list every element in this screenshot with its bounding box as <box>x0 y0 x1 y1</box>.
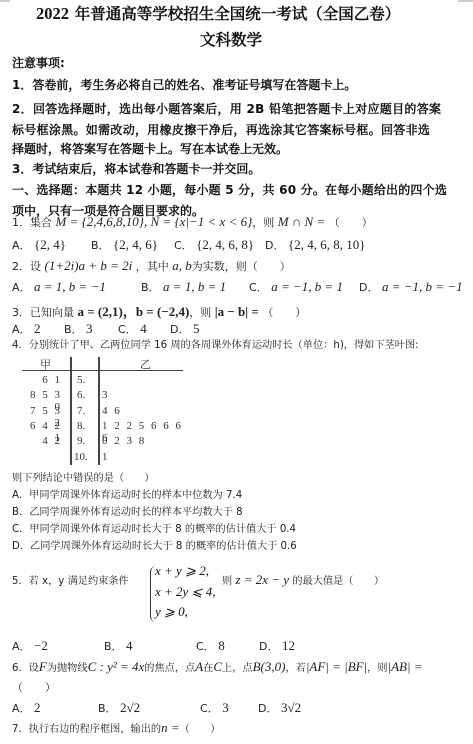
q3-prefix: 3．已知向量 <box>12 306 74 319</box>
q2-prefix: 2．设 <box>12 260 41 273</box>
q6-option-d[interactable]: D． 3√2 <box>258 700 301 716</box>
constraint-1: x + y ⩾ 2, <box>155 563 209 579</box>
question-6: 6．设F为抛物线C : y² = 4x的焦点，点A在C上，点B(3,0)，若|A… <box>12 659 423 675</box>
stem-leaf-row: 8 5 3 0 6. 3 <box>22 389 187 405</box>
note-item-2-cont2: 择题时，将答案写在答题卡上。写在本试卷上无效。 <box>12 140 288 157</box>
q4-option-c[interactable]: C．甲同学周课外体育运动时长大于 8 的概率的估计值大于 0.4 <box>12 520 296 535</box>
question-5-prefix: 5．若 x，y 满足约束条件 <box>12 572 129 587</box>
question-5-rest: 则 z = 2x − y 的最大值是（ ） <box>222 572 384 588</box>
q2-mid: ，其中 <box>136 260 169 273</box>
exam-title: 2022 年普通高等学校招生全国统一考试（全国乙卷） <box>36 2 400 24</box>
stem-leaf-header-yi: 乙 <box>140 356 151 372</box>
q1-math: M = {2,4,6,8,10}, N = {x|−1 < x < 6} <box>56 214 253 229</box>
note-item-2: 2．回答选择题时，选出每小题答案后，用 2B 铅笔把答题卡上对应题目的答案 <box>12 100 441 117</box>
notes-heading: 注意事项: <box>12 54 65 71</box>
stem-leaf-row: 6 4 2 1 8. 1 2 2 5 6 6 6 6 <box>22 420 187 436</box>
q3-math2: |a − b| = <box>215 304 259 319</box>
stem-leaf-row: 7 5 3 2 7. 4 6 <box>22 405 187 421</box>
q3-mid: ，则 <box>189 306 211 319</box>
q5-suffix: 的最大值是（ ） <box>292 576 384 587</box>
q4-option-a[interactable]: A．甲同学周课外体育运动时长的样本中位数为 7.4 <box>12 486 242 501</box>
page-edge-mark-right <box>458 0 473 2</box>
stem-leaf-plot: 甲 乙 6 1 5. 8 5 3 0 6. 3 7 5 3 2 7. 4 6 6… <box>22 355 187 467</box>
q1-prefix: 1．集合 <box>12 216 52 229</box>
q2-suffix: 为实数，则（ ） <box>192 260 291 273</box>
q1-suffix: （ ） <box>329 216 373 229</box>
question-7: 7．执行右边的程序框图，输出的n =（ ） <box>12 720 220 736</box>
q4-option-b[interactable]: B．乙同学周课外体育运动时长的样本平均数大于 8 <box>12 503 243 518</box>
q2-math: (1+2i)a + b = 2i <box>45 258 133 273</box>
question-4-prompt: 则下列结论中错误的是（ ） <box>12 469 155 484</box>
constraint-3: y ⩾ 0, <box>155 604 188 620</box>
q4-option-d[interactable]: D．乙同学周课外体育运动时长大于 8 的概率的估计值大于 0.6 <box>12 537 297 552</box>
q2-option-a[interactable]: A． a = 1, b = −1 <box>12 279 106 295</box>
q1-mid: ，则 <box>252 216 274 229</box>
note-item-1: 1．答卷前，考生务必将自己的姓名、准考证号填写在答题卡上。 <box>12 76 356 93</box>
note-item-3: 3．考试结束后，将本试卷和答题卡一并交回。 <box>12 160 260 177</box>
q6-option-a[interactable]: A． 2 <box>12 700 41 716</box>
q2-option-b[interactable]: B． a = 1, b = 1 <box>141 279 226 295</box>
q5-option-d[interactable]: D． 12 <box>259 638 295 654</box>
q1-option-b[interactable]: B． {2, 4, 6} <box>91 237 158 253</box>
page-edge-mark-left <box>0 0 10 2</box>
q2-option-c[interactable]: C． a = −1, b = 1 <box>249 279 343 295</box>
q3-option-a[interactable]: A． 2 <box>12 321 41 337</box>
stem-leaf-row: 4 2 9. 0 2 3 8 <box>22 435 187 451</box>
q3-option-b[interactable]: B． 3 <box>64 321 93 337</box>
question-2: 2．设 (1+2i)a + b = 2i ，其中 a, b为实数，则（ ） <box>12 258 291 274</box>
q3-option-d[interactable]: D． 5 <box>170 321 199 337</box>
q1-option-d[interactable]: D． {2, 4, 6, 8, 10} <box>265 237 365 253</box>
q5-option-b[interactable]: B． 4 <box>104 638 133 654</box>
q1-math2: M ∩ N = <box>278 214 325 229</box>
q5-mid: 则 <box>222 576 232 587</box>
note-item-2-cont: 标号框涂黑。如需改动，用橡皮擦干净后，再选涂其它答案标号框。回答非选 <box>12 121 430 138</box>
q2-option-d[interactable]: D． a = −1, b = −1 <box>359 279 463 295</box>
exam-year: 2022 <box>36 4 69 23</box>
q3-math: a = (2,1)，b = (−2,4) <box>78 304 190 319</box>
exam-title-text: 年普通高等学校招生全国统一考试（全国乙卷） <box>75 5 401 23</box>
question-6-paren: （ ） <box>12 679 56 695</box>
question-1: 1．集合 M = {2,4,6,8,10}, N = {x|−1 < x < 6… <box>12 214 373 230</box>
q5-option-a[interactable]: A． −2 <box>12 638 48 654</box>
q5-math: z = 2x − y <box>235 572 289 587</box>
q5-option-c[interactable]: C． 8 <box>196 638 225 654</box>
q3-option-c[interactable]: C． 4 <box>118 321 147 337</box>
q1-option-c[interactable]: C． {2, 4, 6, 8} <box>174 237 254 253</box>
question-4: 4．分别统计了甲、乙两位同学 16 周的各周课外体育运动时长（单位：h)，得如下… <box>12 336 419 351</box>
stem-leaf-row: 6 1 5. <box>22 374 187 390</box>
q6-option-b[interactable]: B． 2√2 <box>98 700 140 716</box>
constraint-2: x + 2y ⩽ 4, <box>155 584 215 600</box>
question-3: 3．已知向量 a = (2,1)，b = (−2,4)，则 |a − b| = … <box>12 301 306 320</box>
section-heading-line1: 一、选择题：本题共 12 小题，每小题 5 分，共 60 分。在每小题给出的四个… <box>12 181 447 198</box>
stem-leaf-row: 10. 1 <box>22 451 187 467</box>
q2-math2: a, b <box>172 258 192 273</box>
stem-leaf-header-jia: 甲 <box>40 356 51 372</box>
q6-option-c[interactable]: C． 3 <box>200 700 229 716</box>
q1-option-a[interactable]: A． {2, 4} <box>12 237 66 253</box>
exam-subtitle: 文科数学 <box>200 28 262 50</box>
q3-suffix: （ ） <box>262 306 306 319</box>
